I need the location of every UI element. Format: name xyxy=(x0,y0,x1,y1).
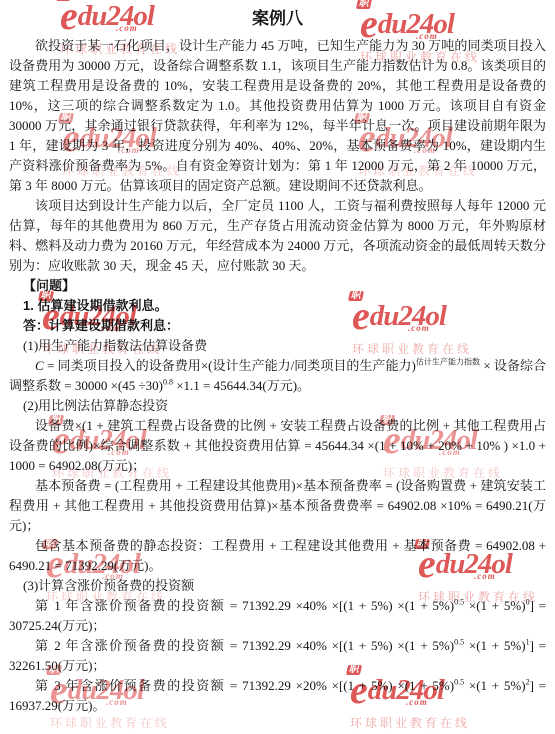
formula-basic-reserve: 基本预备费 = (工程费用 + 工程建设其他费用)×基本预备费率 = (设备购置… xyxy=(9,476,546,536)
watermark-tagline: 环球职业教育在线 xyxy=(350,714,470,731)
formula-year-3: 第 3 年含涨价预备费的投资额 = 71392.29 ×20% ×[(1 + 5… xyxy=(9,676,546,716)
question-1: 1. 估算建设期借款利息。 xyxy=(9,296,546,316)
formula-year-1: 第 1 年含涨价预备费的投资额 = 71392.29 ×40% ×[(1 + 5… xyxy=(9,596,546,636)
watermark-tagline: 环球职业教育在线 xyxy=(50,714,170,731)
step-1-heading: (1)用生产能力指数法估算设备费 xyxy=(9,336,546,356)
paragraph-operating-data: 该项目达到设计生产能力以后，全厂定员 1100 人，工资与福利费按照每人每年 1… xyxy=(9,196,546,276)
formula-capacity-index: C = 同类项目投入的设备费用×(设计生产能力/同类项目的生产能力)估计生产能力… xyxy=(9,356,546,396)
document-page: 案例八 欲投资于某一石化项目，设计生产能力 45 万吨，已知生产能力为 30 万… xyxy=(0,0,555,716)
answer-heading: 答：计算建设期借款利息： xyxy=(9,316,546,336)
step-3-heading: (3)计算含涨价预备费的投资额 xyxy=(9,576,546,596)
formula-static-investment: 设备费×(1 + 建筑工程费占设备费的比例 + 安装工程费占设备费的比例 + 其… xyxy=(9,416,546,476)
formula-static-total: 包含基本预备费的静态投资：工程费用 + 工程建设其他费用 + 基本预备费 = 6… xyxy=(9,536,546,576)
formula-year-2: 第 2 年含涨价预备费的投资额 = 71392.29 ×40% ×[(1 + 5… xyxy=(9,636,546,676)
page-title: 案例八 xyxy=(9,4,546,29)
paragraph-project-intro: 欲投资于某一石化项目，设计生产能力 45 万吨，已知生产能力为 30 万吨的同类… xyxy=(9,36,546,196)
step-2-heading: (2)用比例法估算静态投资 xyxy=(9,396,546,416)
label-question-section: 【问题】 xyxy=(9,276,546,296)
